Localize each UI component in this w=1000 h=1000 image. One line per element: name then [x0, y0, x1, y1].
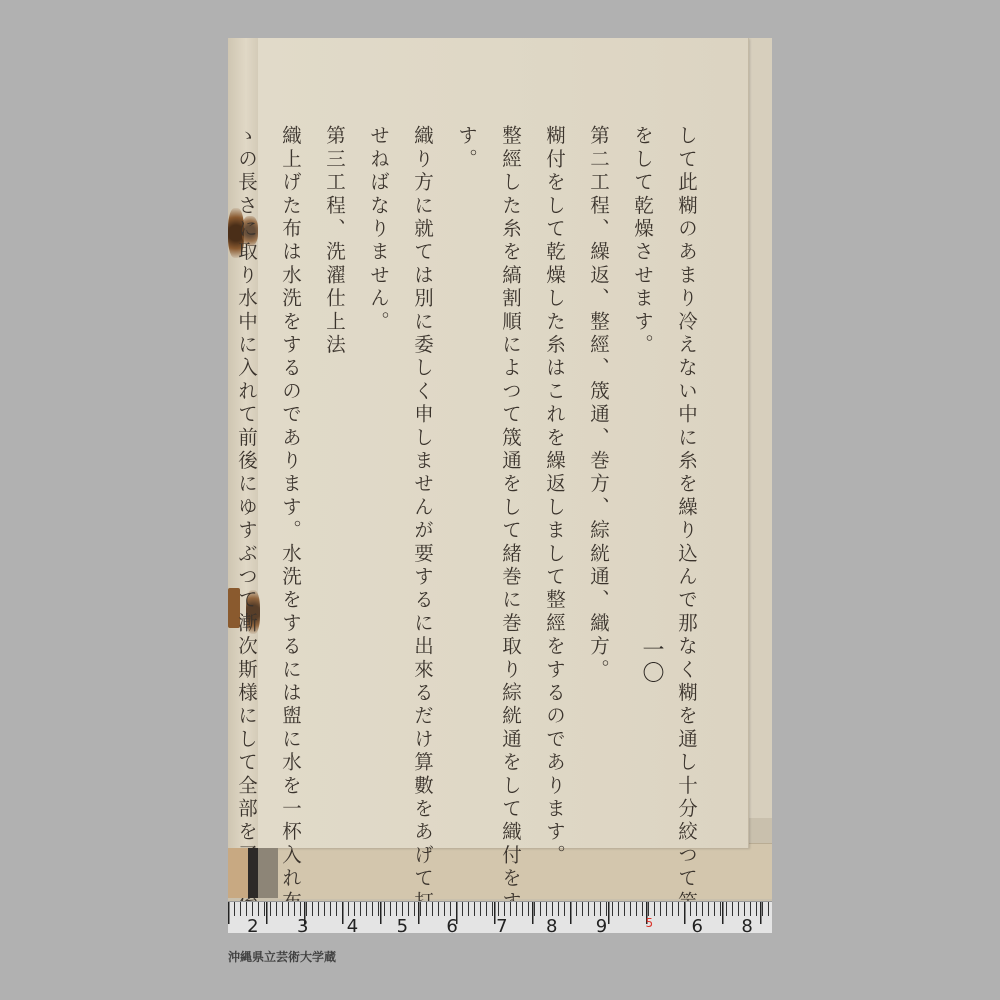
page-number: 一〇	[636, 638, 667, 684]
ruler-label: 8	[546, 916, 557, 933]
ruler-label: 6	[446, 916, 457, 933]
ruler-label: 6	[692, 916, 703, 933]
text-line: 織り方に就ては別に委しく申しませんが要するに出來るだけ算數をあげて打込みを十分に	[400, 125, 444, 825]
ruler-label: 7	[496, 916, 507, 933]
scanned-book-image: して此糊のあまり冷えない中に糸を繰り込んで那なく糊を通し十分絞つて竿にかけ糸捌き…	[228, 38, 772, 933]
vertical-text-body: して此糊のあまり冷えない中に糸を繰り込んで那なく糊を通し十分絞つて竿にかけ糸捌き…	[228, 125, 708, 825]
ruler-labels: 2 3 4 5 6 7 8 9 5 6 8	[228, 916, 772, 933]
back-page-edge	[748, 38, 772, 818]
ruler-label: 3	[297, 916, 308, 933]
text-line: 整經した糸を縞割順によつて筬通をして緒巻に巻取り綜絖通をして織付をするのでありま	[488, 125, 532, 825]
ruler-label: 2	[247, 916, 258, 933]
text-line: 織上げた布は水洗をするのであります。水洗をするには盥に水を一杯入れ布縁を肩巾位づ	[268, 125, 312, 825]
ruler-label: 4	[347, 916, 358, 933]
measuring-ruler: 2 3 4 5 6 7 8 9 5 6 8	[228, 901, 772, 933]
collection-caption: 沖縄県立芸術大学蔵	[228, 948, 336, 965]
text-line: す。	[444, 125, 488, 825]
text-line: 糊付をして乾燥した糸はこれを繰返しまして整經をするのであります。	[532, 125, 576, 825]
text-line: せねばなりません。	[356, 125, 400, 825]
ruler-accent-label: 5	[646, 916, 654, 933]
section-heading: 第三工程、洗濯仕上法	[312, 125, 356, 825]
ruler-label: 8	[741, 916, 752, 933]
ruler-label: 9	[596, 916, 607, 933]
text-line: ゝの長さに取り水中に入れて前後にゆすぶつて漸次斯様にして全部を了へ後に全部を水に	[228, 125, 268, 825]
ruler-label: 5	[397, 916, 408, 933]
text-line: をして乾燥させます。	[620, 125, 664, 825]
text-line: して此糊のあまり冷えない中に糸を繰り込んで那なく糊を通し十分絞つて竿にかけ糸捌き	[664, 125, 708, 825]
book-page: して此糊のあまり冷えない中に糸を繰り込んで那なく糊を通し十分絞つて竿にかけ糸捌き…	[228, 38, 749, 848]
book-spine	[228, 848, 278, 898]
section-heading: 第二工程、繰返、整經、筬通、巻方、綜絖通、織方。	[576, 125, 620, 825]
